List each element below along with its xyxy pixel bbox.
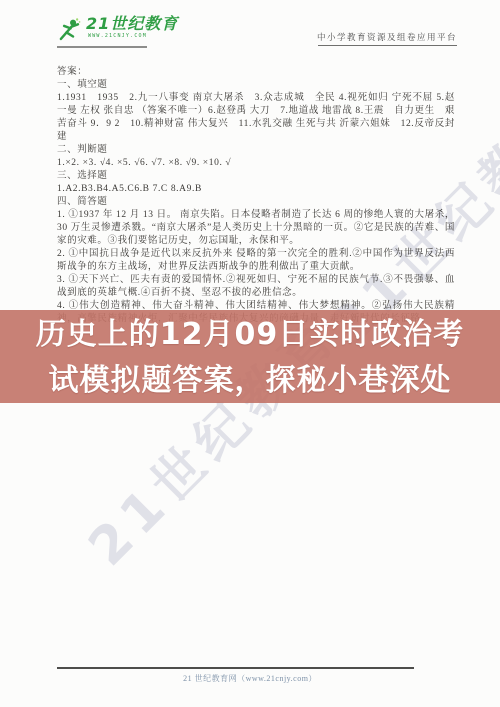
banner-title-line2: 试模拟题答案，探秘小巷深处 (0, 363, 500, 398)
short-answer-item: 1. ①1937 年 12 月 13 日。 南京失陷。日本侵略者制造了长达 6 … (57, 209, 455, 248)
header-rule-left (57, 46, 147, 48)
document-page: 21世纪教育 WWW.21CNJY.COM 中小学教育资源及组卷应用平台 21世… (0, 0, 500, 707)
section-title-fill-blanks: 一、填空题 (57, 79, 455, 92)
header-rule-right (318, 45, 457, 46)
section-title-short-answer: 四、简答题 (57, 196, 455, 209)
section-title-true-false: 二、判断题 (57, 144, 455, 157)
multiple-choice-answers: 1.A2.B3.B4.A5.C6.B 7.C 8.A9.B (57, 183, 455, 196)
short-answer-item: 3. ①天下兴亡、匹夫有责的爱国情怀.②视死如归、宁死不屈的民族气节.③不畏强暴… (57, 274, 455, 300)
title-banner-overlay: 历史上的12月09日实时政治考 试模拟题答案，探秘小巷深处 (0, 310, 500, 403)
fill-blanks-answers: 1.1931 1935 2.九一八事变 南京大屠杀 3.众志成城 全民 4.视死… (57, 92, 455, 144)
header-tagline: 中小学教育资源及组卷应用平台 (317, 31, 457, 43)
site-logo: 21世纪教育 WWW.21CNJY.COM (56, 15, 178, 48)
footer-site-credit: 21 世纪教育网（www.21cnjy.com） (0, 673, 500, 684)
section-title-multiple-choice: 三、选择题 (57, 170, 455, 183)
true-false-answers: 1.×2. ×3. √4. ×5. √6. √7. ×8. √9. ×10. √ (57, 157, 455, 170)
runner-logo-icon (56, 17, 82, 48)
footer-rule (57, 667, 414, 669)
brand-url: WWW.21CNJY.COM (88, 33, 178, 39)
answer-sheet: 答案： 一、填空题 1.1931 1935 2.九一八事变 南京大屠杀 3.众志… (57, 66, 455, 326)
brand-name: 21世纪教育 (86, 15, 178, 32)
banner-title-line1: 历史上的12月09日实时政治考 (0, 317, 500, 352)
answers-label: 答案： (57, 66, 455, 79)
short-answer-item: 2. ①中国抗日战争是近代以来反抗外来 侵略的第一次完全的胜利.②中国作为世界反… (57, 248, 455, 274)
